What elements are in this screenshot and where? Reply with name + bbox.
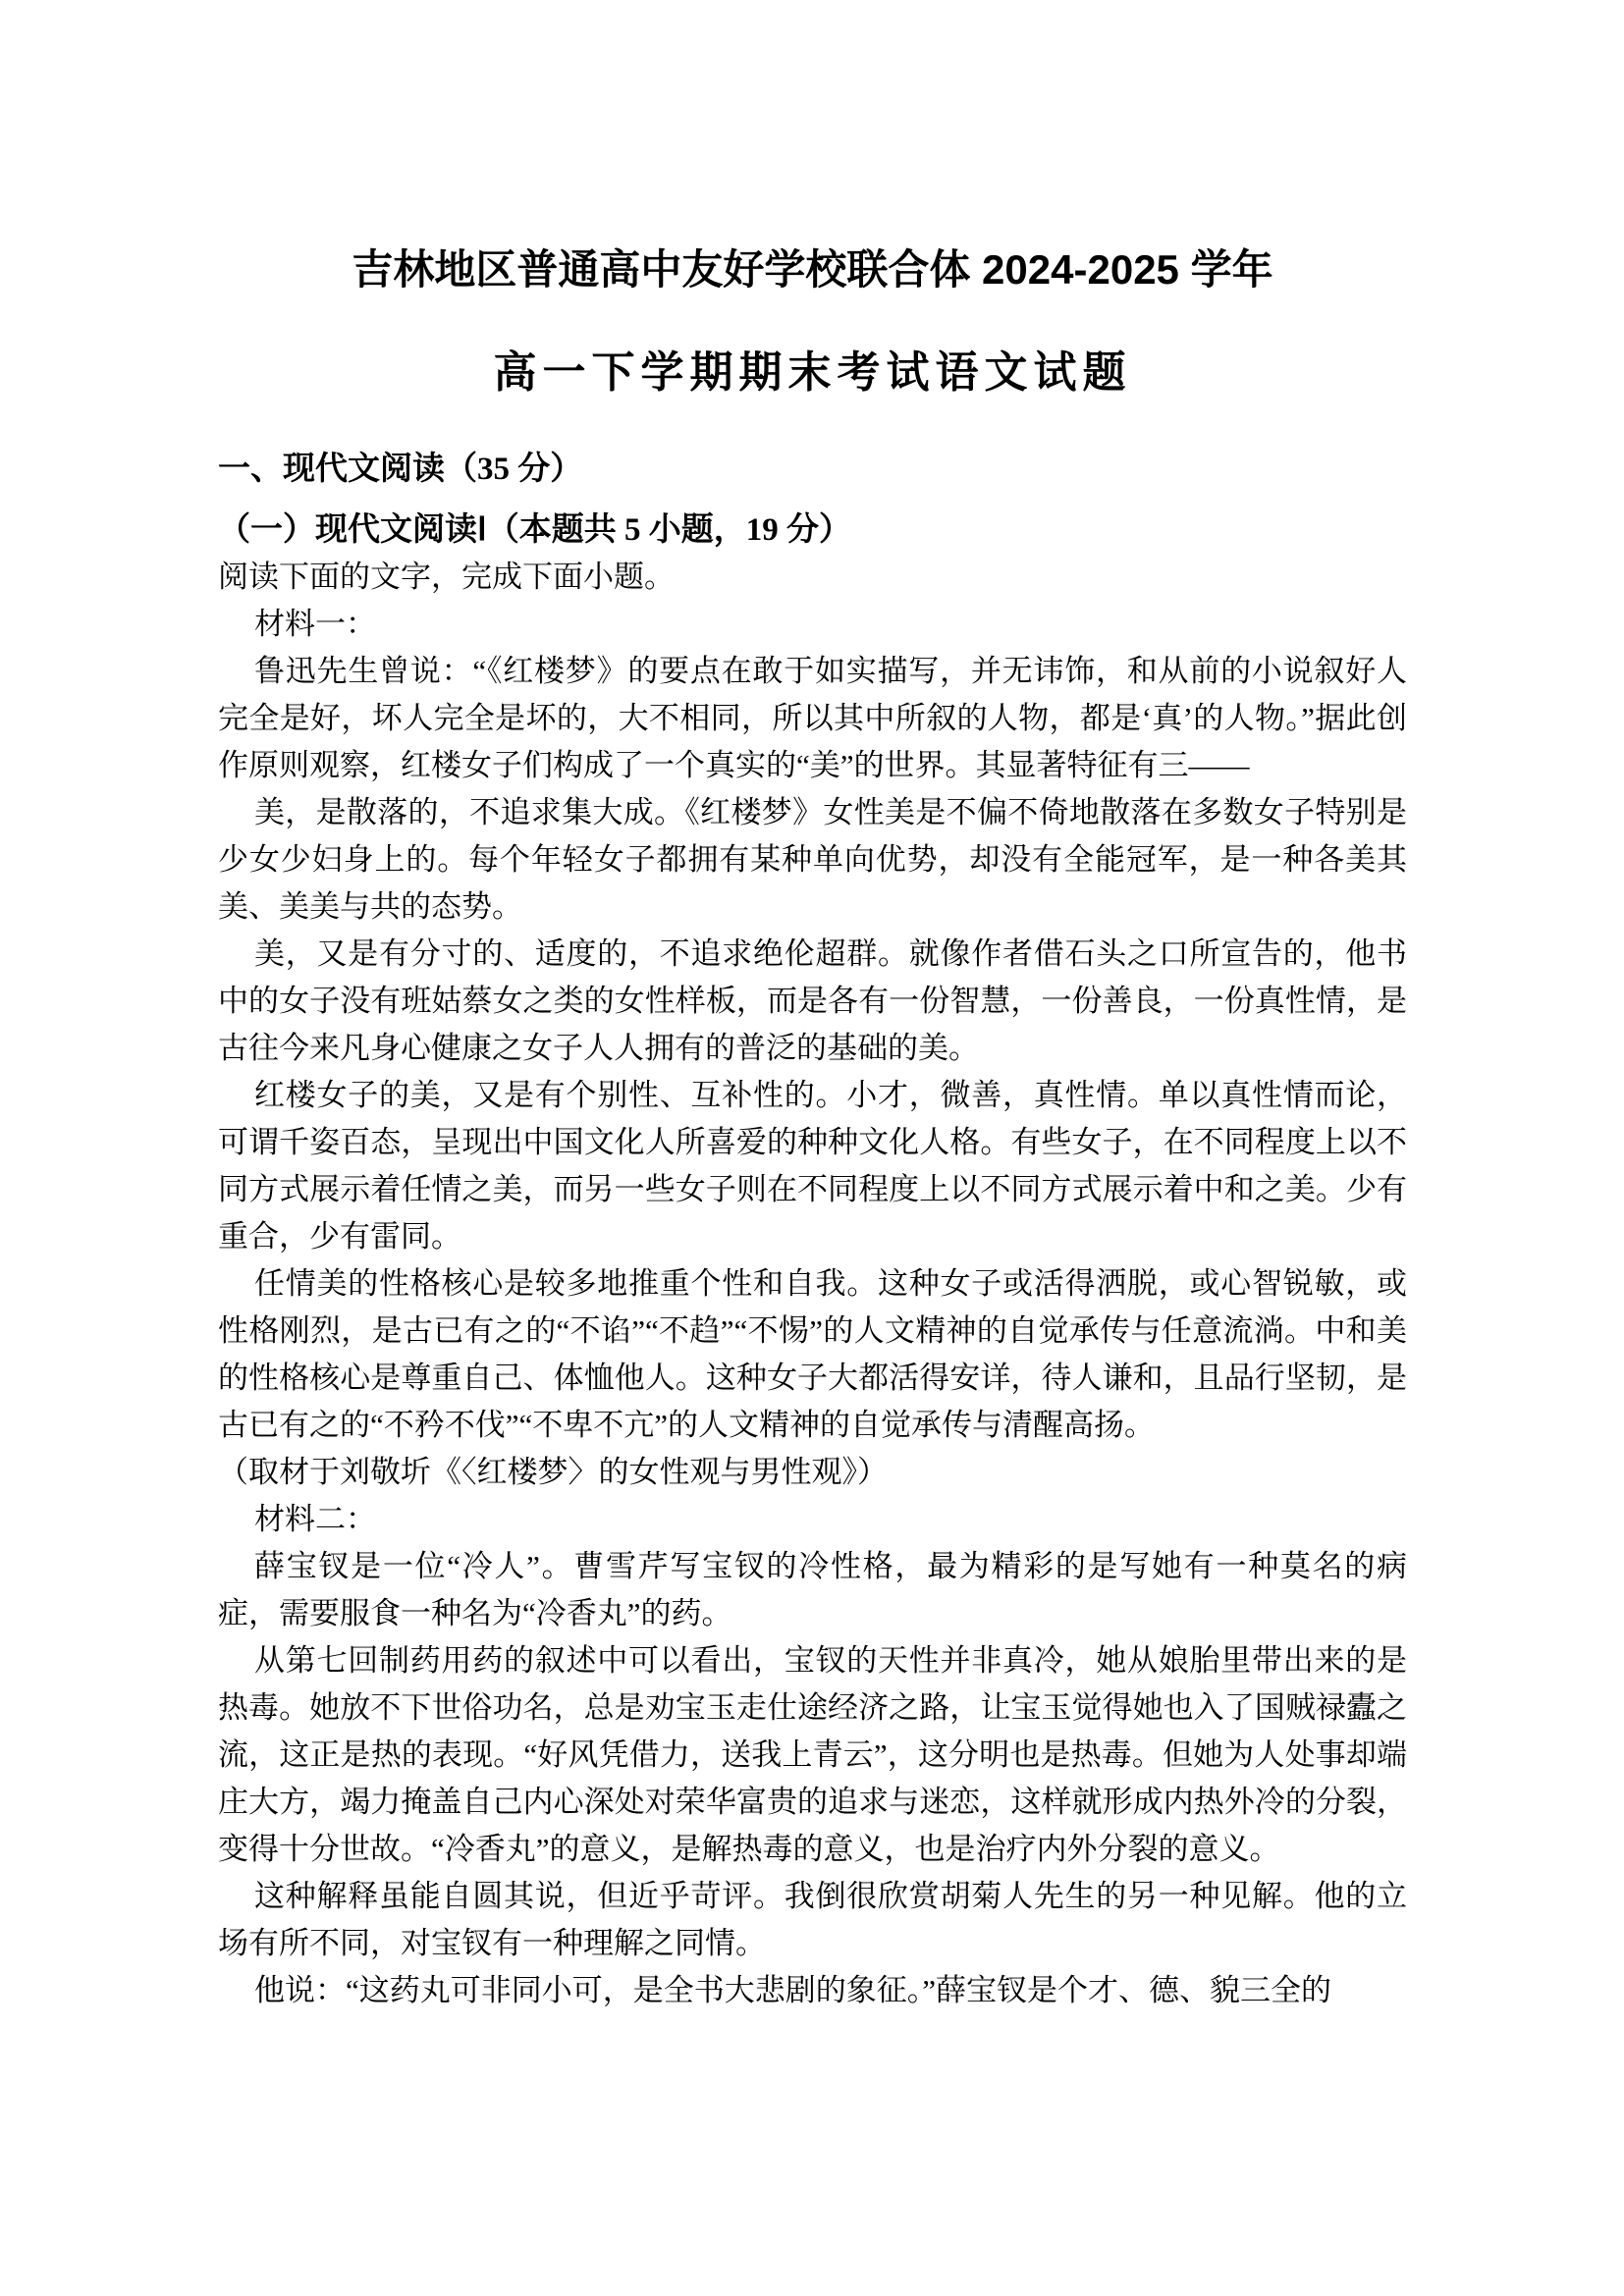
exam-title-line2: 高一下学期期末考试语文试题 (218, 346, 1407, 400)
material-one-paragraph: 美，是散落的，不追求集大成。《红楼梦》女性美是不偏不倚地散落在多数女子特别是少女… (218, 789, 1407, 931)
material-one-attribution: （取材于刘敬圻《〈红楼梦〉的女性观与男性观》） (218, 1449, 1407, 1496)
material-two-paragraph: 从第七回制药用药的叙述中可以看出，宝钗的天性并非真冷，她从娘胎里带出来的是热毒。… (218, 1637, 1407, 1873)
material-two-label: 材料二： (218, 1496, 1407, 1543)
material-two-paragraph: 他说：“这药丸可非同小可，是全书大悲剧的象征。”薛宝钗是个才、德、貌三全的 (218, 1967, 1407, 2014)
material-one-paragraph: 红楼女子的美，又是有个别性、互补性的。小才，微善，真性情。单以真性情而论，可谓千… (218, 1072, 1407, 1260)
material-two-paragraph: 这种解释虽能自圆其说，但近乎苛评。我倒很欣赏胡菊人先生的另一种见解。他的立场有所… (218, 1873, 1407, 1967)
subsection-heading-reading-one: （一）现代文阅读Ⅰ（本题共 5 小题，19 分） (218, 507, 1407, 554)
material-one-paragraph: 美，又是有分寸的、适度的，不追求绝伦超群。就像作者借石头之口所宣告的，他书中的女… (218, 931, 1407, 1072)
material-one-paragraph: 任情美的性格核心是较多地推重个性和自我。这种女子或活得洒脱，或心智锐敏，或性格刚… (218, 1260, 1407, 1449)
exam-title-line1: 吉林地区普通高中友好学校联合体 2024-2025 学年 (218, 242, 1407, 297)
exam-paper-page: 吉林地区普通高中友好学校联合体 2024-2025 学年 高一下学期期末考试语文… (0, 0, 1624, 2296)
material-one-paragraph: 鲁迅先生曾说：“《红楼梦》的要点在敢于如实描写，并无讳饰，和从前的小说叙好人完全… (218, 648, 1407, 789)
section-heading-modern-reading: 一、现代文阅读（35 分） (218, 446, 1407, 493)
reading-passage: 阅读下面的文字，完成下面小题。 材料一： 鲁迅先生曾说：“《红楼梦》的要点在敢于… (218, 554, 1407, 2014)
instruction-line: 阅读下面的文字，完成下面小题。 (218, 554, 1407, 601)
material-two-paragraph: 薛宝钗是一位“冷人”。曹雪芹写宝钗的冷性格，最为精彩的是写她有一种莫名的病症，需… (218, 1543, 1407, 1637)
material-one-label: 材料一： (218, 601, 1407, 648)
